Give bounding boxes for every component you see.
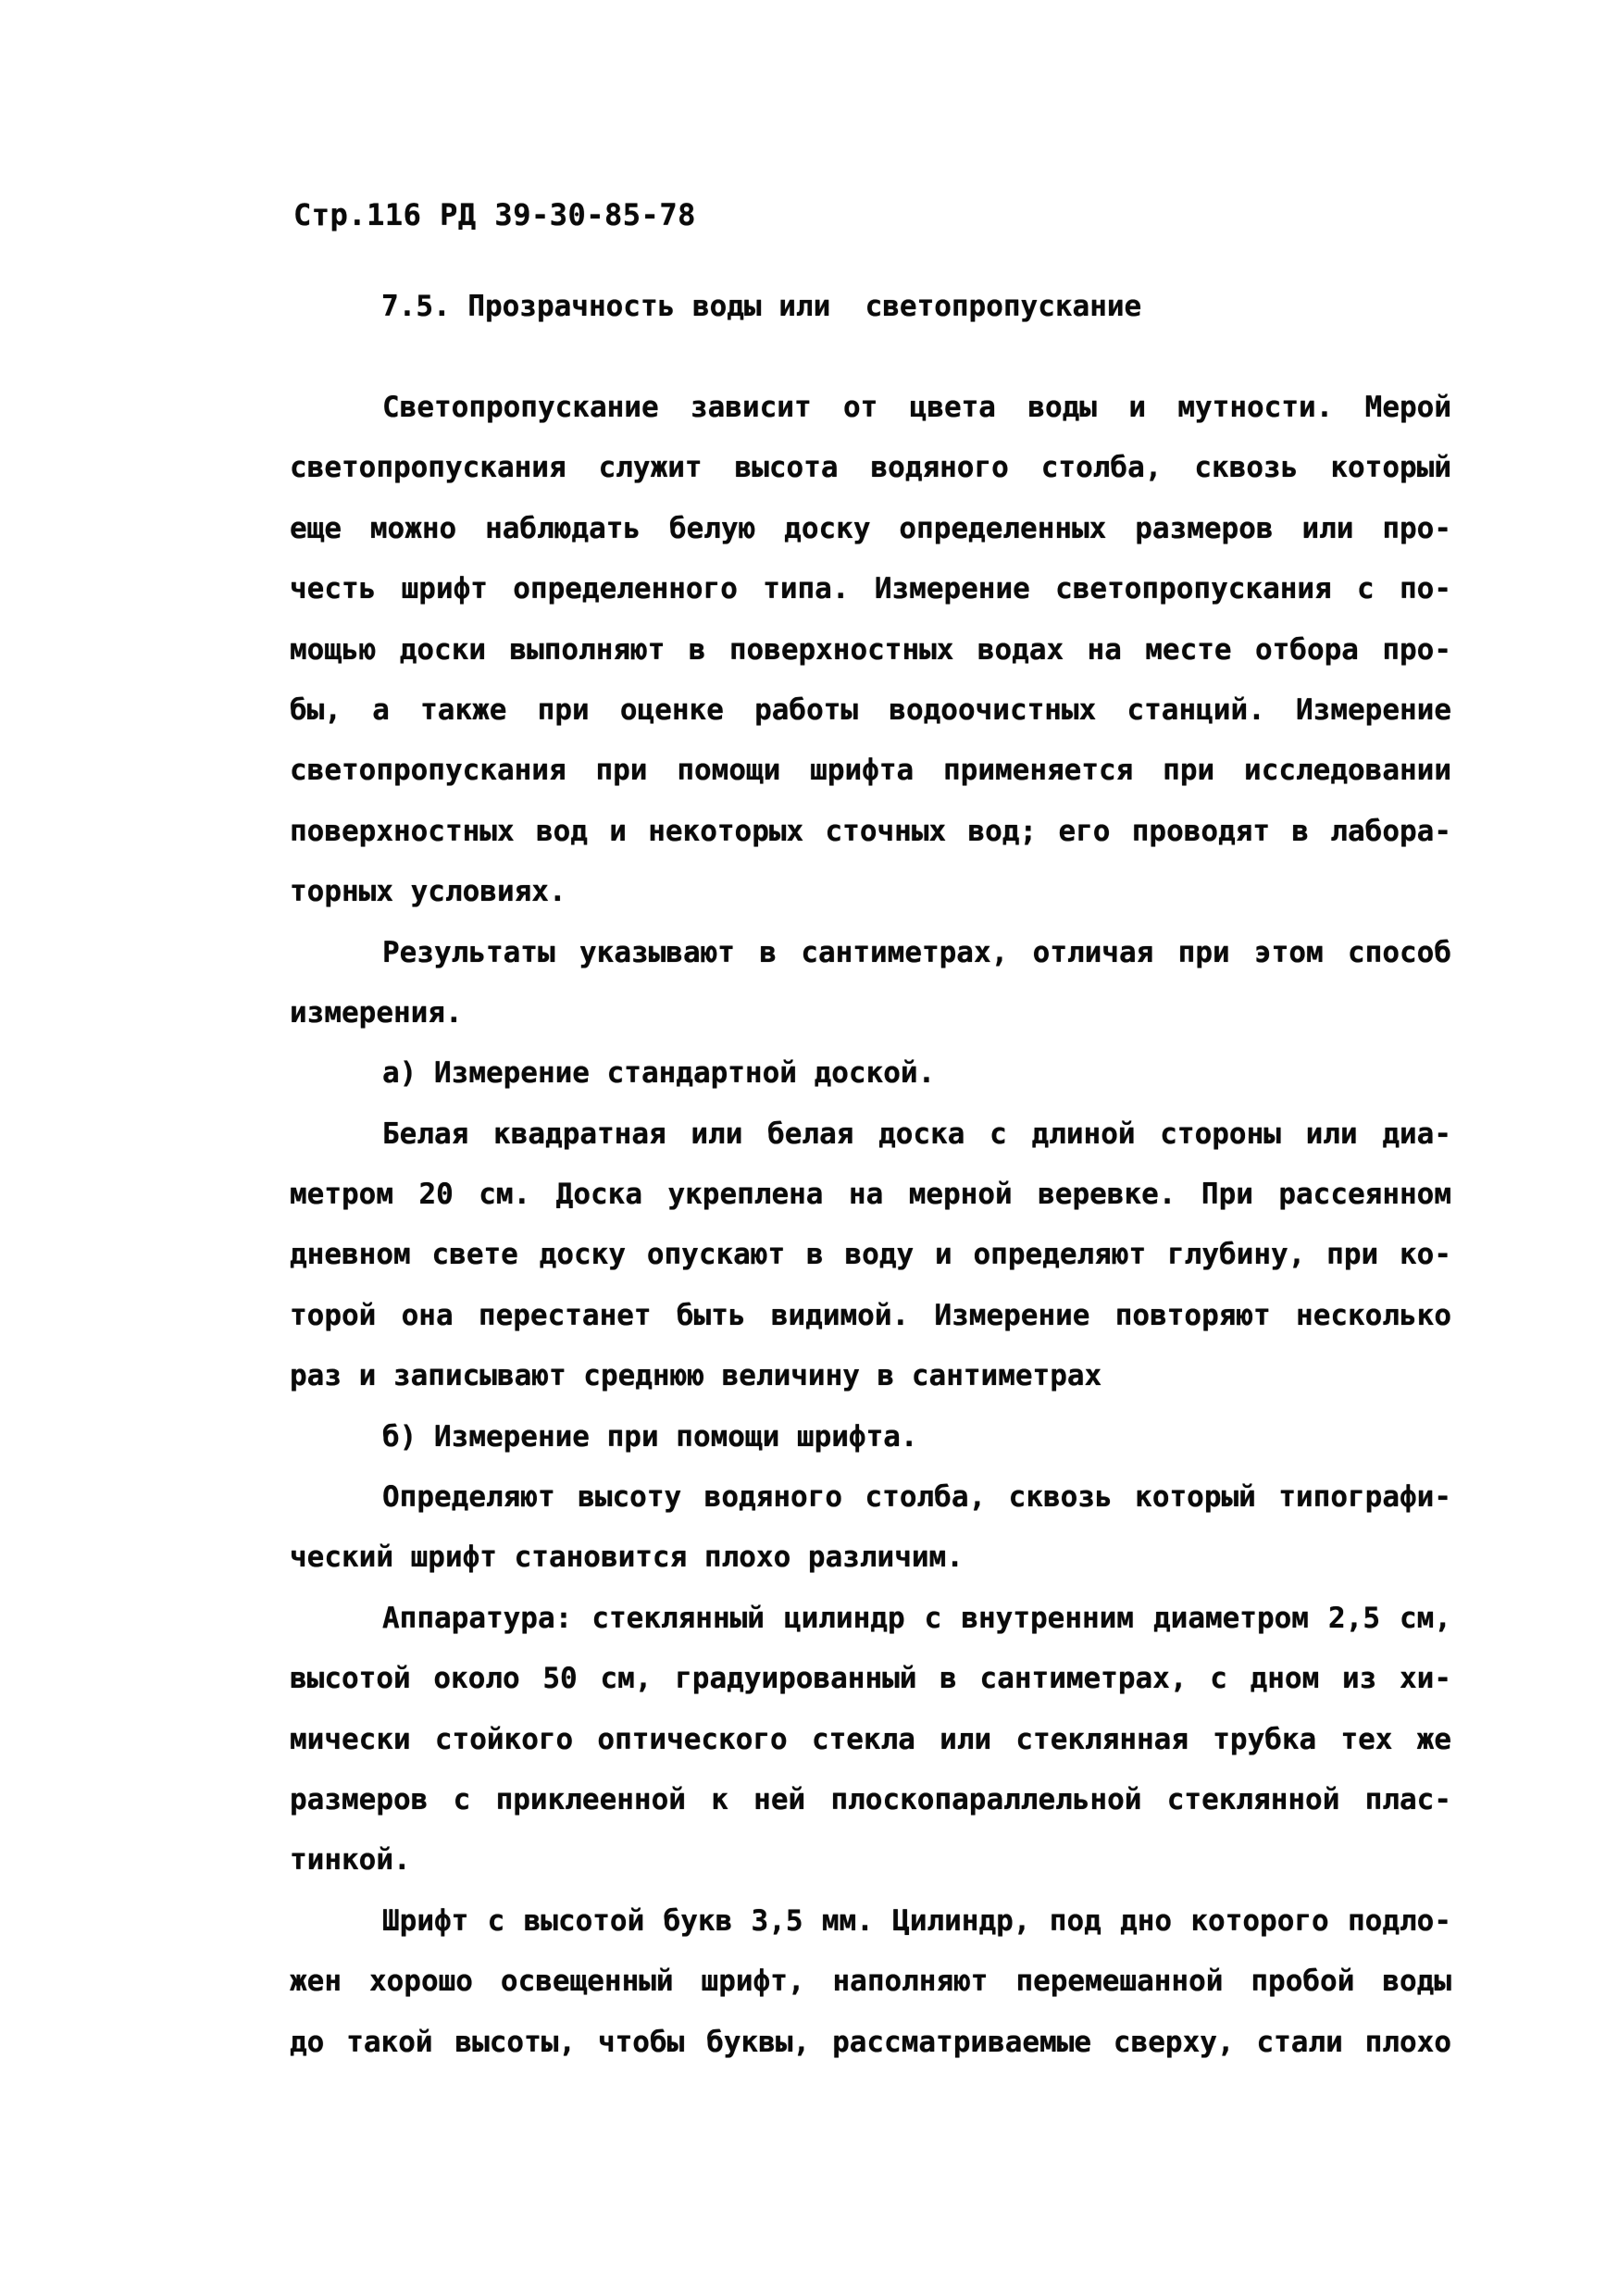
text-line: поверхностных вод и некоторых сточных во…: [290, 802, 1451, 862]
text-line: а) Измерение стандартной доской.: [290, 1043, 1451, 1104]
text-line: честь шрифт определенного типа. Измерени…: [290, 559, 1451, 619]
text-line: светопропускания служит высота водяного …: [290, 438, 1451, 498]
text-line: ческий шрифт становится плохо различим.: [290, 1528, 1451, 1588]
text-line: дневном свете доску опускают в воду и оп…: [290, 1225, 1451, 1285]
text-line: измерения.: [290, 983, 1451, 1043]
document-body: Светопропускание зависит от цвета воды и…: [290, 378, 1451, 2073]
text-line: бы, а также при оценке работы водоочистн…: [290, 680, 1451, 741]
text-line: еще можно наблюдать белую доску определе…: [290, 499, 1451, 559]
text-line: торных условиях.: [290, 862, 1451, 922]
text-line: светопропускания при помощи шрифта приме…: [290, 741, 1451, 801]
text-line: мически стойкого оптического стекла или …: [290, 1710, 1451, 1770]
text-line: раз и записывают среднюю величину в сант…: [290, 1346, 1451, 1406]
text-line: Светопропускание зависит от цвета воды и…: [290, 378, 1451, 438]
text-line: метром 20 см. Доска укреплена на мерной …: [290, 1165, 1451, 1225]
text-line: Шрифт с высотой букв 3,5 мм. Цилиндр, по…: [290, 1891, 1451, 1952]
section-title: 7.5. Прозрачность воды или светопропуска…: [381, 293, 1141, 321]
text-line: мощью доски выполняют в поверхностных во…: [290, 620, 1451, 680]
text-line: высотой около 50 см, градуированный в са…: [290, 1649, 1451, 1709]
text-line: торой она перестанет быть видимой. Измер…: [290, 1286, 1451, 1346]
text-line: б) Измерение при помощи шрифта.: [290, 1407, 1451, 1467]
text-line: размеров с приклеенной к ней плоскопарал…: [290, 1770, 1451, 1830]
text-line: Определяют высоту водяного столба, сквоз…: [290, 1467, 1451, 1528]
scanned-document-page: Стр.116 РД 39-30-85-78 7.5. Прозрачность…: [0, 0, 1618, 2296]
text-line: до такой высоты, чтобы буквы, рассматрив…: [290, 2013, 1451, 2073]
text-line: жен хорошо освещенный шрифт, наполняют п…: [290, 1952, 1451, 2012]
text-line: Белая квадратная или белая доска с длино…: [290, 1104, 1451, 1165]
page-header: Стр.116 РД 39-30-85-78: [293, 200, 696, 230]
text-line: Результаты указывают в сантиметрах, отли…: [290, 923, 1451, 983]
text-line: Аппаратура: стеклянный цилиндр с внутрен…: [290, 1589, 1451, 1649]
text-line: тинкой.: [290, 1830, 1451, 1890]
